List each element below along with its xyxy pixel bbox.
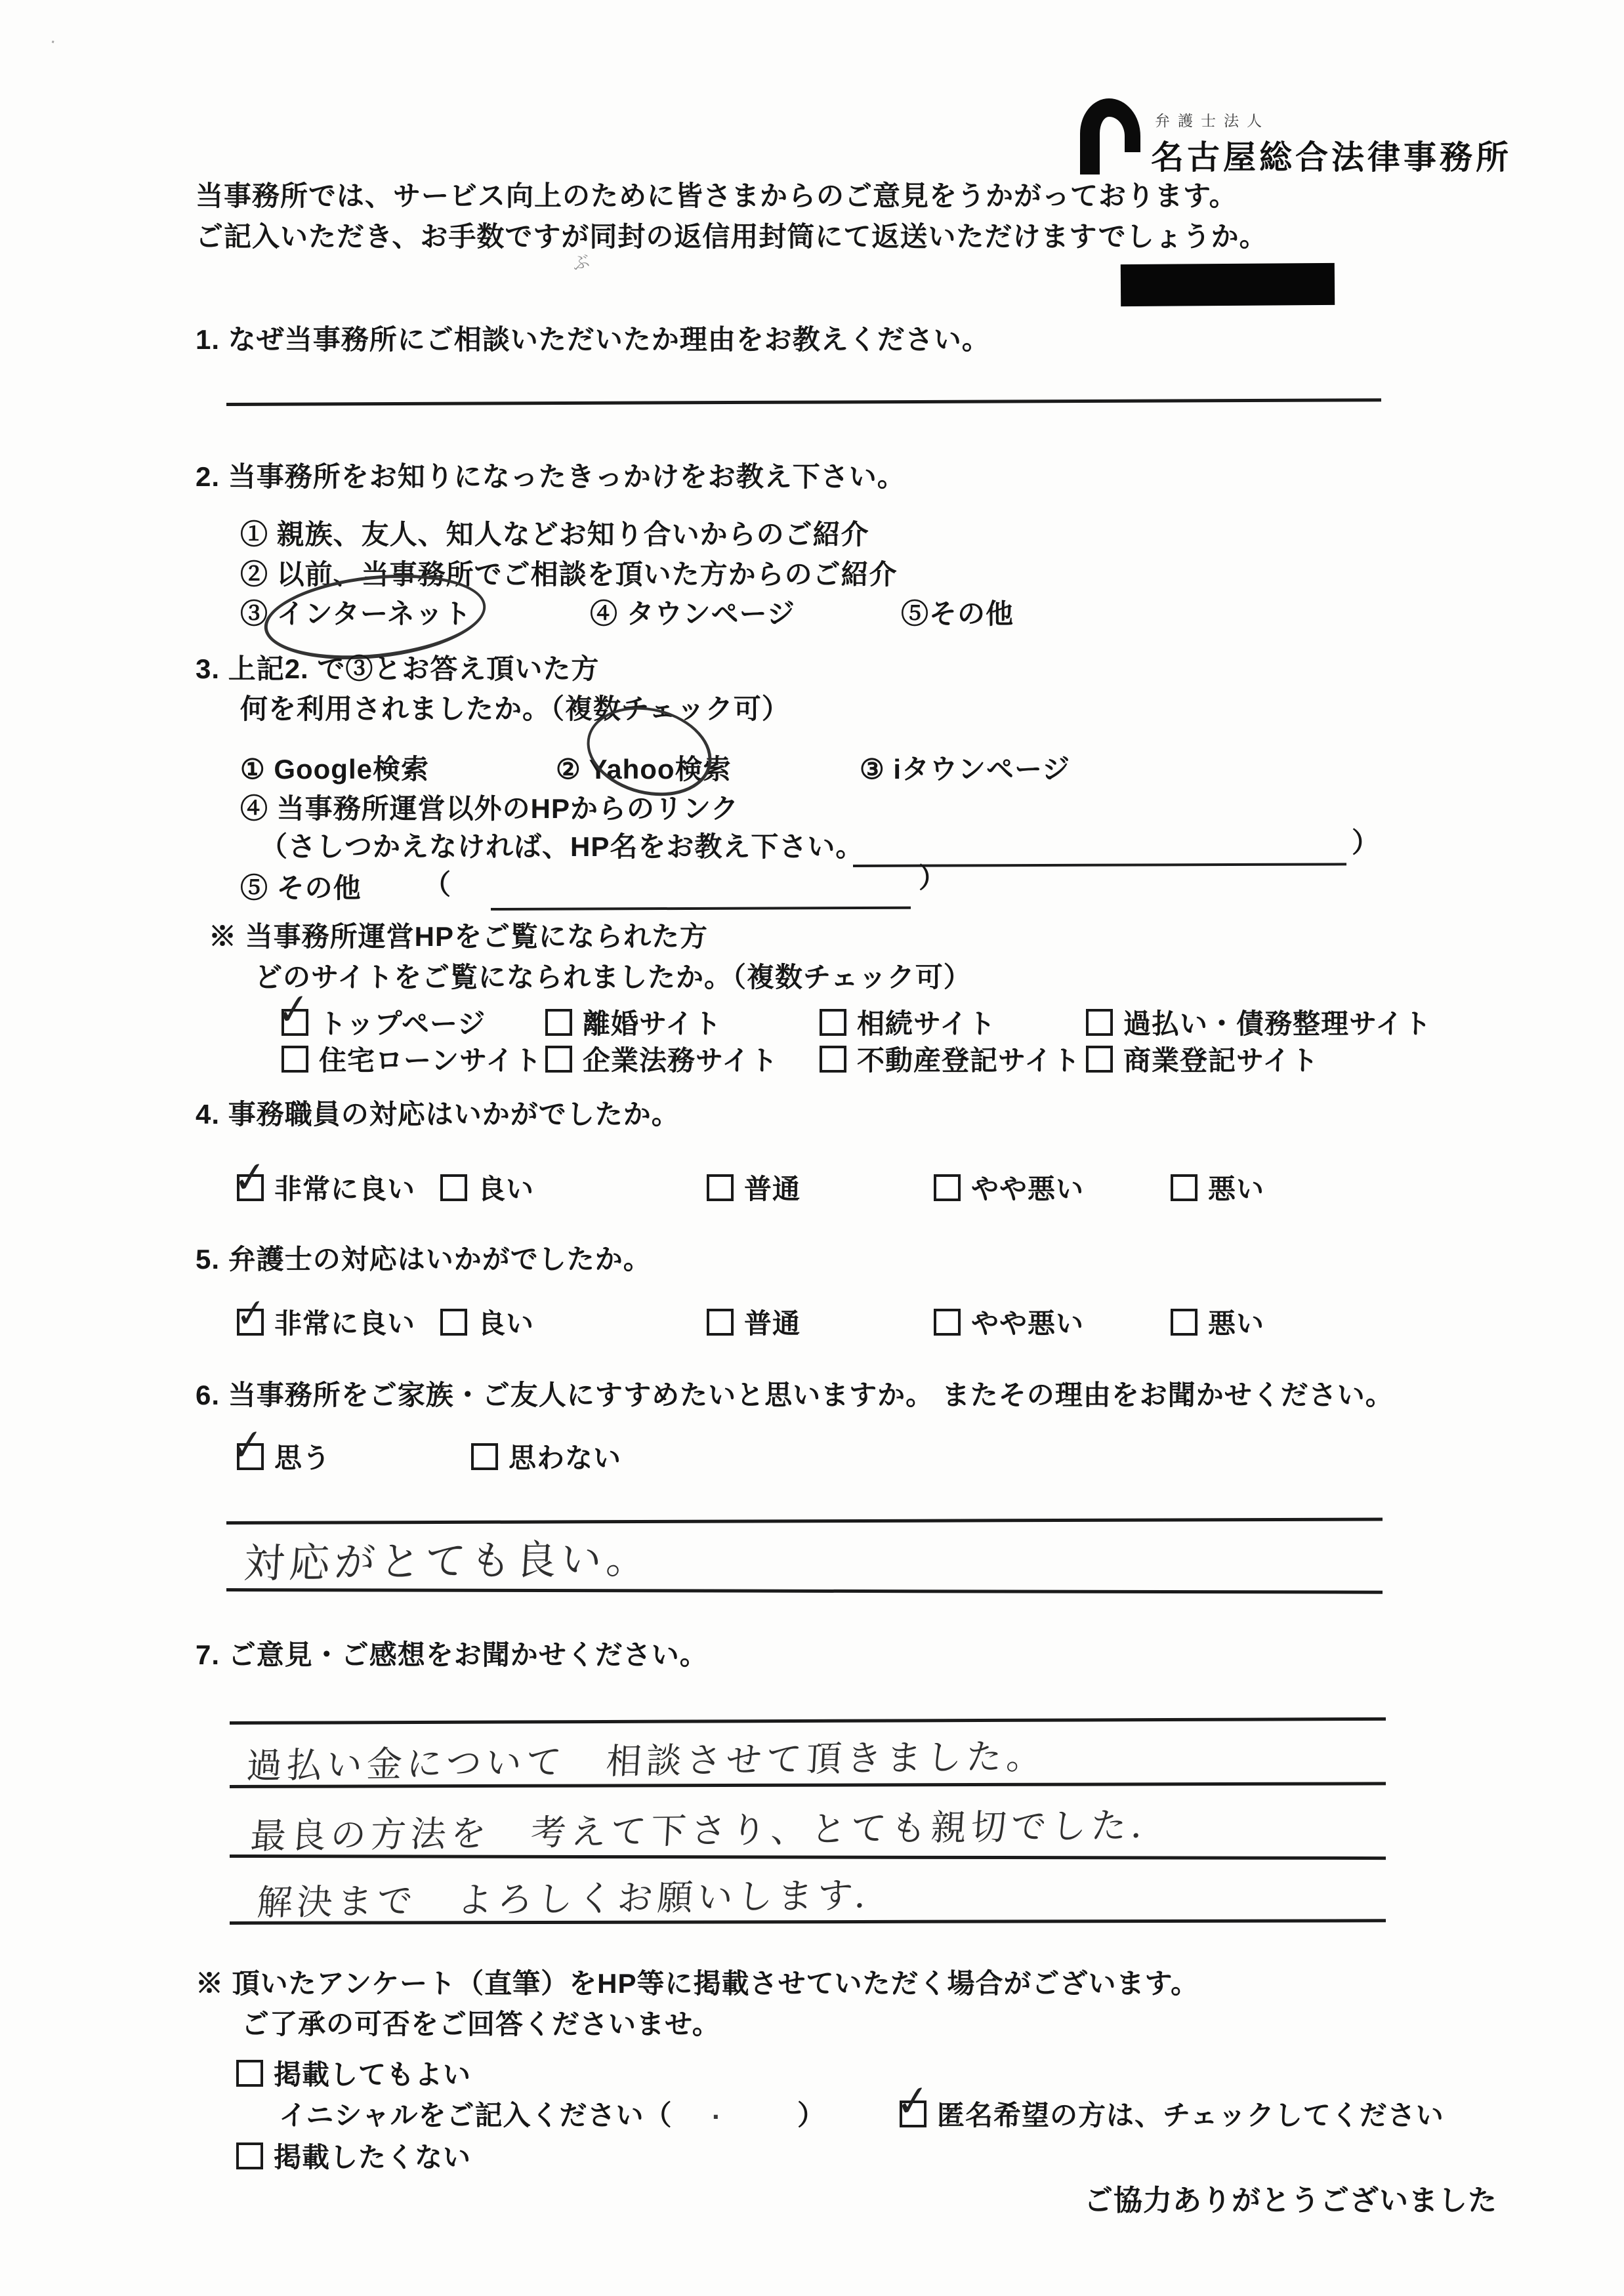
q5-option-somewhat-bad: やや悪い: [934, 1302, 1084, 1342]
q3-option-4-note: （さしつかえなければ、HP名をお教え下さい。: [260, 825, 864, 865]
question-3-title-line-1: 3. 上記2. で③とお答え頂いた方: [196, 647, 599, 687]
checkbox-label: 思わない: [509, 1443, 621, 1473]
q3-option-4: ④ 当事務所運営以外のHPからのリンク: [240, 787, 739, 827]
q2-option-1: ① 親族、友人、知人などお知り合いからのご紹介: [240, 513, 869, 552]
checkbox: [440, 1174, 467, 1201]
q6-option-no: 思わない: [471, 1437, 621, 1476]
check-mark: ✓: [232, 1154, 268, 1200]
checkbox-label: 悪い: [1208, 1174, 1264, 1204]
site-checkbox-inheritance: 相続サイト: [820, 1002, 996, 1042]
redaction-bar: [1121, 263, 1335, 306]
q5-option-bad: 悪い: [1171, 1302, 1264, 1342]
checkbox: [707, 1309, 734, 1336]
checkbox: ✓: [900, 2101, 927, 2127]
checkbox: [545, 1046, 572, 1073]
q4-option-normal: 普通: [707, 1168, 801, 1207]
checkbox: ✓: [237, 1309, 264, 1336]
site-checkbox-divorce: 離婚サイト: [545, 1002, 722, 1042]
q5-option-normal: 普通: [707, 1302, 801, 1342]
answer-line-q7-1: [230, 1717, 1386, 1725]
question-4-title: 4. 事務職員の対応はいかがでしたか。: [196, 1093, 680, 1132]
q4-option-good: 良い: [440, 1168, 534, 1207]
q3-option-5-close-paren: ）: [919, 857, 947, 896]
scanned-survey-page: 弁護士法人 名古屋総合法律事務所 当事務所では、サービス向上のために皆さまからの…: [0, 0, 1624, 2296]
checkbox-label: 相続サイト: [857, 1008, 996, 1039]
q3-option-1: ① Google検索: [240, 748, 429, 787]
q5-option-very-good: ✓非常に良い: [237, 1302, 415, 1342]
checkbox: [440, 1309, 467, 1336]
check-mark: ✓: [234, 1293, 268, 1335]
q3-option-3: ③ iタウンページ: [860, 748, 1070, 787]
consent-initials-label: イニシャルをご記入ください（: [279, 2094, 672, 2133]
handwritten-q7-line-3: 解決まで よろしくお願いします．: [256, 1867, 896, 1925]
q4-option-somewhat-bad: やや悪い: [934, 1168, 1084, 1207]
check-mark: ✓: [275, 986, 312, 1033]
site-checkbox-top-page: ✓トップページ: [281, 1002, 486, 1042]
site-checkbox-commercial-registration: 商業登記サイト: [1086, 1039, 1319, 1078]
checkbox-label: 思う: [274, 1443, 331, 1473]
site-checkbox-overpayment: 過払い・債務整理サイト: [1086, 1002, 1432, 1042]
consent-note-line-1: ※ 頂いたアンケート（直筆）をHP等に掲載させていただく場合がございます。: [196, 1962, 1199, 2001]
q3-option-5-open-paren: （: [423, 863, 451, 903]
checkbox-label: 過払い・債務整理サイト: [1123, 1008, 1432, 1039]
checkbox-label: 非常に良い: [274, 1308, 415, 1339]
q3-option-2-number: ②: [556, 754, 589, 785]
checkbox: [707, 1174, 734, 1201]
consent-note-line-2: ご了承の可否をご回答くださいませ。: [241, 2003, 720, 2042]
checkbox-label: 掲載してもよい: [274, 2059, 471, 2090]
checkbox: [1086, 1009, 1113, 1036]
checkbox: [281, 1046, 308, 1073]
thanks-message: ご協力ありがとうございました: [1084, 2177, 1497, 2219]
checkbox: [236, 2142, 263, 2169]
checkbox: [934, 1309, 961, 1336]
intro-line-1: 当事務所では、サービス向上のために皆さまからのご意見をうかがっております。: [196, 174, 1238, 214]
answer-line-q6-bottom: [226, 1588, 1383, 1594]
check-mark: ✓: [229, 1422, 266, 1468]
checkbox: [236, 2060, 263, 2087]
intro-line-2: ご記入いただき、お手数ですが同封の返信用封筒にて返送いただけますでしょうか。: [196, 215, 1268, 255]
checkbox-label: 普通: [744, 1174, 801, 1204]
q2-option-4: ④ タウンページ: [590, 592, 795, 632]
checkbox: [1171, 1309, 1197, 1336]
consent-initials-close-paren: ）: [797, 2094, 825, 2133]
question-5-title: 5. 弁護士の対応はいかがでしたか。: [196, 1238, 652, 1277]
checkbox: [820, 1046, 846, 1073]
firm-type-label: 弁護士法人: [1155, 109, 1270, 131]
firm-name-label: 名古屋総合法律事務所: [1151, 131, 1512, 178]
checkbox-label: 不動産登記サイト: [857, 1045, 1081, 1076]
q2-option-5: ⑤その他: [901, 592, 1014, 632]
question-3-title-line-2: 何を利用されましたか。（複数チェック可）: [240, 687, 790, 727]
q6-option-yes: ✓思う: [237, 1437, 331, 1476]
checkbox: [545, 1009, 572, 1036]
checkbox: ✓: [237, 1443, 264, 1470]
checkbox-label: 非常に良い: [274, 1174, 415, 1204]
checkbox: ✓: [281, 1009, 308, 1036]
handwritten-q7-line-2: 最良の方法を 考えて下さり、とても親切でした．: [249, 1797, 1173, 1858]
q4-option-bad: 悪い: [1171, 1168, 1264, 1207]
question-2-title: 2. 当事務所をお知りになったきっかけをお教え下さい。: [196, 455, 906, 495]
consent-option-anonymous: ✓匿名希望の方は、チェックしてください: [900, 2094, 1444, 2133]
checkbox-label: 企業法務サイト: [583, 1045, 778, 1076]
checkbox-label: やや悪い: [971, 1174, 1084, 1204]
checkbox-label: トップページ: [319, 1008, 486, 1039]
firm-logo-icon: [1080, 98, 1140, 174]
scan-smudge: ·: [46, 30, 60, 52]
checkbox-label: やや悪い: [971, 1308, 1084, 1339]
answer-line-q1: [226, 398, 1381, 406]
checkbox-label: 悪い: [1208, 1308, 1264, 1339]
checkbox: [934, 1174, 961, 1201]
checkbox: [1171, 1174, 1197, 1201]
handwritten-q6-answer: 対応がとても良い。: [242, 1526, 653, 1589]
answer-line-q6-top: [226, 1517, 1383, 1525]
q3-option-4-close-paren: ）: [1352, 821, 1380, 861]
checkbox-label: 商業登記サイト: [1123, 1045, 1319, 1076]
q3-option-5: ⑤ その他: [240, 867, 362, 906]
firm-logo-cut: [1123, 152, 1141, 176]
consent-initials-value: .: [712, 2094, 720, 2125]
answer-line-q7-3: [230, 1855, 1386, 1860]
handwritten-q7-line-1: 過払い金について 相談させて頂きました。: [245, 1729, 1048, 1789]
consent-option-publish-ok: 掲載してもよい: [236, 2053, 471, 2093]
q3-option-5-blank: [491, 907, 911, 911]
checkbox-label: 住宅ローンサイト: [319, 1045, 542, 1076]
checkbox: ✓: [237, 1174, 264, 1201]
site-checkbox-corporate-law: 企業法務サイト: [545, 1039, 778, 1078]
site-checkbox-real-estate: 不動産登記サイト: [820, 1039, 1081, 1078]
question-7-title: 7. ご意見・ご感想をお聞かせください。: [196, 1633, 708, 1673]
check-mark: ✓: [894, 2078, 931, 2124]
checkbox-label: 普通: [744, 1308, 801, 1339]
checkbox-label: 匿名希望の方は、チェックしてください: [937, 2100, 1444, 2131]
site-checkbox-housing-loan: 住宅ローンサイト: [281, 1039, 542, 1078]
checkbox: [820, 1009, 846, 1036]
checkbox-label: 良い: [478, 1308, 534, 1339]
checkbox-label: 離婚サイト: [583, 1008, 722, 1039]
q5-option-good: 良い: [440, 1302, 534, 1342]
checkbox: [1086, 1046, 1113, 1073]
checkbox-label: 掲載したくない: [274, 2142, 471, 2173]
hp-note-line-2: どのサイトをご覧になられましたか。（複数チェック可）: [255, 956, 972, 995]
q4-option-very-good: ✓非常に良い: [237, 1168, 415, 1207]
checkbox-label: 良い: [478, 1174, 534, 1204]
question-1-title: 1. なぜ当事務所にご相談いただいたか理由をお教えください。: [196, 318, 990, 358]
checkbox: [471, 1443, 498, 1470]
hp-note-line-1: ※ 当事務所運営HPをご覧になられた方: [209, 915, 708, 954]
consent-option-no-publish: 掲載したくない: [236, 2136, 471, 2175]
question-6-title: 6. 当事務所をご家族・ご友人にすすめたいと思いますか。 またその理由をお聞かせ…: [196, 1374, 1394, 1413]
